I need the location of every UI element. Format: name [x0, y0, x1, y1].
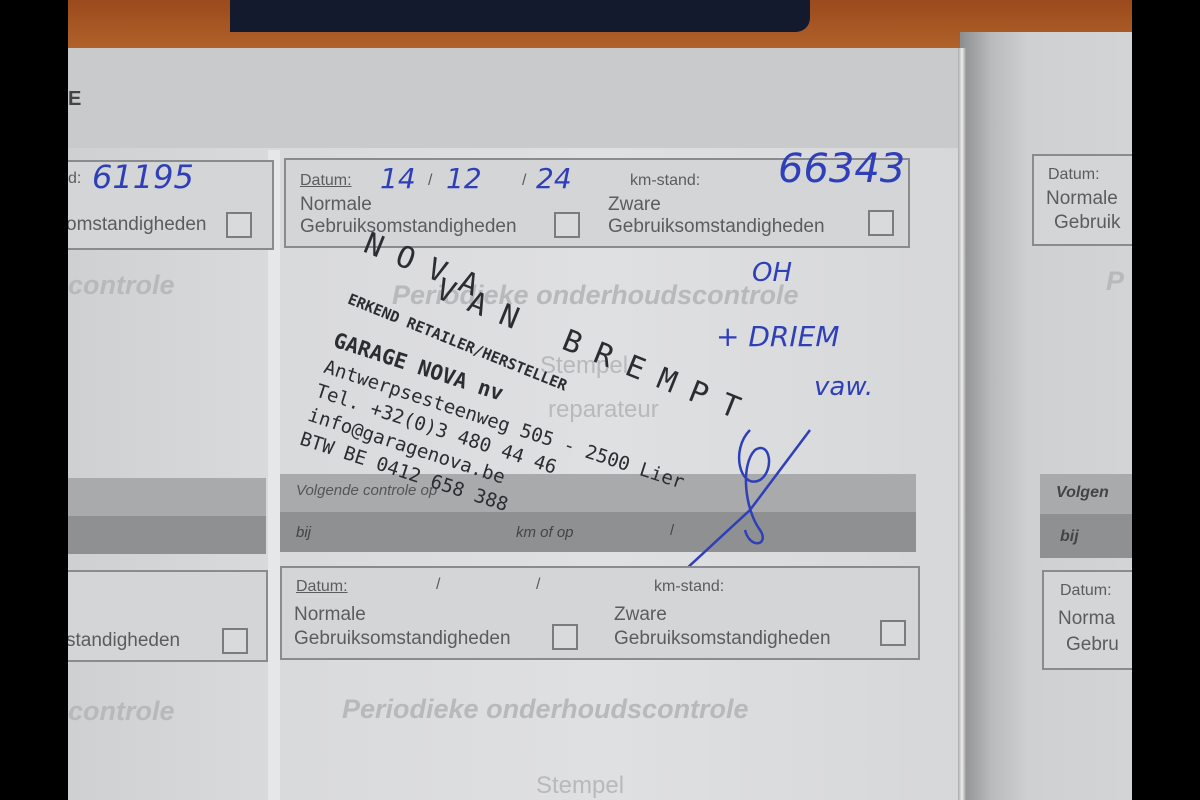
- note-line3: vaw.: [814, 372, 873, 402]
- next-heavy-label-line2: Gebruiksomstandigheden: [614, 628, 831, 650]
- normal-usage-checkbox[interactable]: [554, 212, 580, 238]
- next-normal-usage-checkbox[interactable]: [552, 624, 578, 650]
- km-value[interactable]: 66343: [778, 146, 905, 192]
- next-normal-label-line2: Gebruiksomstandigheden: [294, 628, 511, 650]
- right-next-usage-label: Gebru: [1066, 634, 1119, 656]
- left-next-section-title: controle: [68, 696, 175, 727]
- right-next-normal-label: Norma: [1058, 608, 1115, 630]
- right-date-label: Datum:: [1048, 166, 1100, 184]
- right-by-band: bij: [1040, 514, 1132, 558]
- left-next-control-band: [68, 478, 266, 516]
- left-next-entry-box: standigheden: [62, 570, 268, 662]
- page-header-strip: [68, 48, 963, 148]
- left-entry-box: d: 61195 omstandigheden: [62, 160, 274, 250]
- next-date-label: Datum:: [296, 578, 348, 596]
- km-label: km-stand:: [630, 172, 700, 190]
- heavy-label-line2: Gebruiksomstandigheden: [608, 216, 825, 238]
- right-next-date-label: Datum:: [1060, 582, 1112, 600]
- left-usage-label: omstandigheden: [66, 214, 207, 236]
- right-next-entry-box: Datum: Norma Gebru: [1042, 570, 1144, 670]
- right-entry-box: Datum: Normale Gebruik: [1032, 154, 1144, 246]
- next-entry-box: Datum: / / km-stand: Normale Gebruiksoms…: [280, 566, 920, 660]
- right-normal-label: Normale: [1046, 188, 1118, 210]
- left-km-value: 61195: [92, 158, 194, 196]
- km-or-label: km of op: [516, 524, 574, 541]
- next-section-title: Periodieke onderhoudscontrole: [342, 694, 749, 725]
- date-day[interactable]: 14: [380, 162, 416, 195]
- right-next-control-band: Volgen: [1040, 474, 1132, 514]
- page-letter: E: [68, 88, 81, 111]
- next-date-separator-2: /: [536, 576, 540, 594]
- note-line2: + DRIEM: [716, 320, 839, 353]
- heavy-label-line1: Zware: [608, 194, 661, 216]
- next-normal-label-line1: Normale: [294, 604, 366, 626]
- right-usage-label: Gebruik: [1054, 212, 1121, 234]
- date-separator-1: /: [428, 172, 432, 190]
- next-stamp-label: Stempel: [536, 772, 624, 800]
- left-by-band: [68, 516, 266, 554]
- right-by-label: bij: [1060, 528, 1079, 546]
- left-date-label: d:: [68, 170, 81, 188]
- heavy-usage-checkbox[interactable]: [868, 210, 894, 236]
- left-usage-checkbox[interactable]: [226, 212, 252, 238]
- left-section-title: controle: [68, 270, 175, 301]
- letterbox-left: [0, 0, 68, 800]
- by-label: bij: [296, 524, 311, 541]
- left-next-usage-checkbox[interactable]: [222, 628, 248, 654]
- letterbox-right: [1132, 0, 1200, 800]
- next-heavy-label-line1: Zware: [614, 604, 667, 626]
- normal-label-line1: Normale: [300, 194, 372, 216]
- next-date-separator-1: /: [436, 576, 440, 594]
- date-month[interactable]: 12: [446, 162, 482, 195]
- note-line1: OH: [752, 258, 792, 288]
- left-next-usage-label: standigheden: [66, 630, 180, 652]
- date-year[interactable]: 24: [536, 162, 572, 195]
- date-separator-2: /: [522, 172, 526, 190]
- right-next-label: Volgen: [1056, 484, 1109, 502]
- page-gutter: [958, 48, 966, 800]
- booklet-right-page: [960, 32, 1132, 800]
- right-section-title: P: [1106, 266, 1124, 297]
- normal-label-line2: Gebruiksomstandigheden: [300, 216, 517, 238]
- next-heavy-usage-checkbox[interactable]: [880, 620, 906, 646]
- next-km-label: km-stand:: [654, 578, 724, 596]
- date-label: Datum:: [300, 172, 352, 190]
- dark-book-cover: [230, 0, 810, 32]
